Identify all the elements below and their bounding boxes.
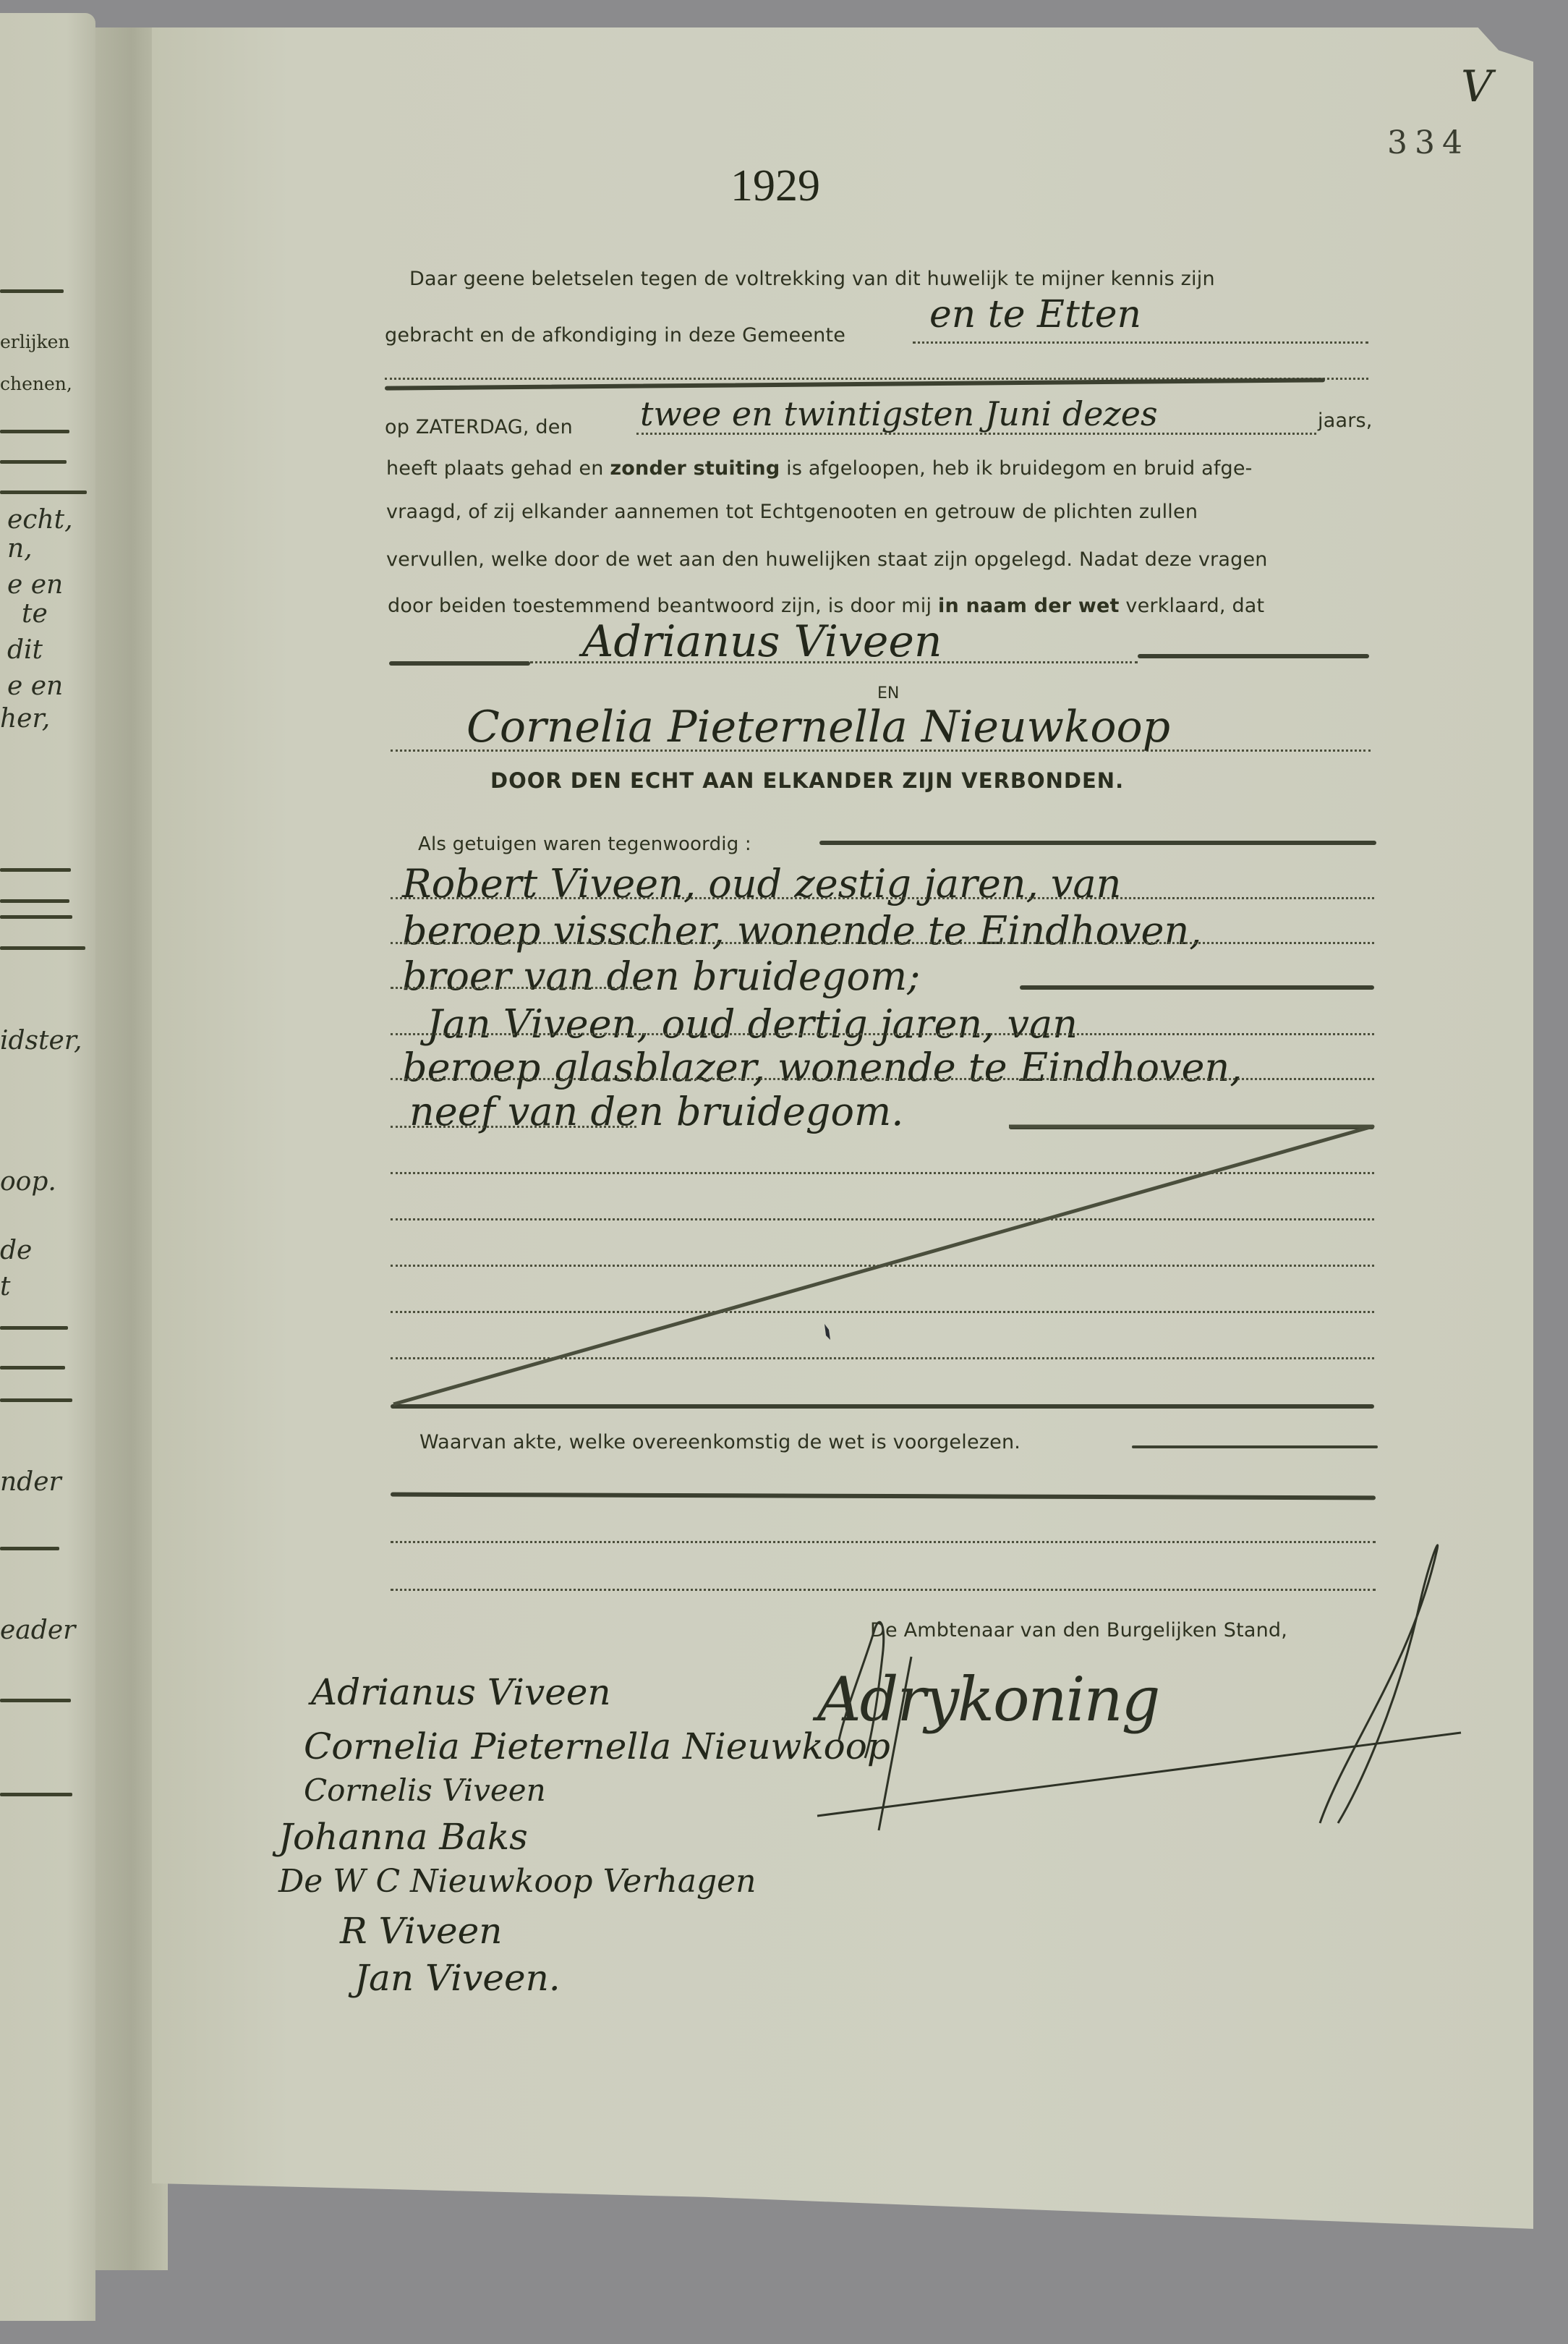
- signature-groom: Adrianus Viveen: [311, 1671, 611, 1713]
- signature-witness: Johanna Baks: [278, 1816, 528, 1858]
- signature-bride: Cornelia Pieternella Nieuwkoop: [304, 1725, 890, 1767]
- signature-flourish: [0, 0, 1568, 2344]
- signature-witness: R Viveen: [340, 1910, 502, 1952]
- signature-witness: Cornelis Viveen: [304, 1772, 546, 1808]
- signature-witness: De W C Nieuwkoop Verhagen: [278, 1863, 757, 1900]
- signature-witness: Jan Viveen.: [354, 1957, 561, 1999]
